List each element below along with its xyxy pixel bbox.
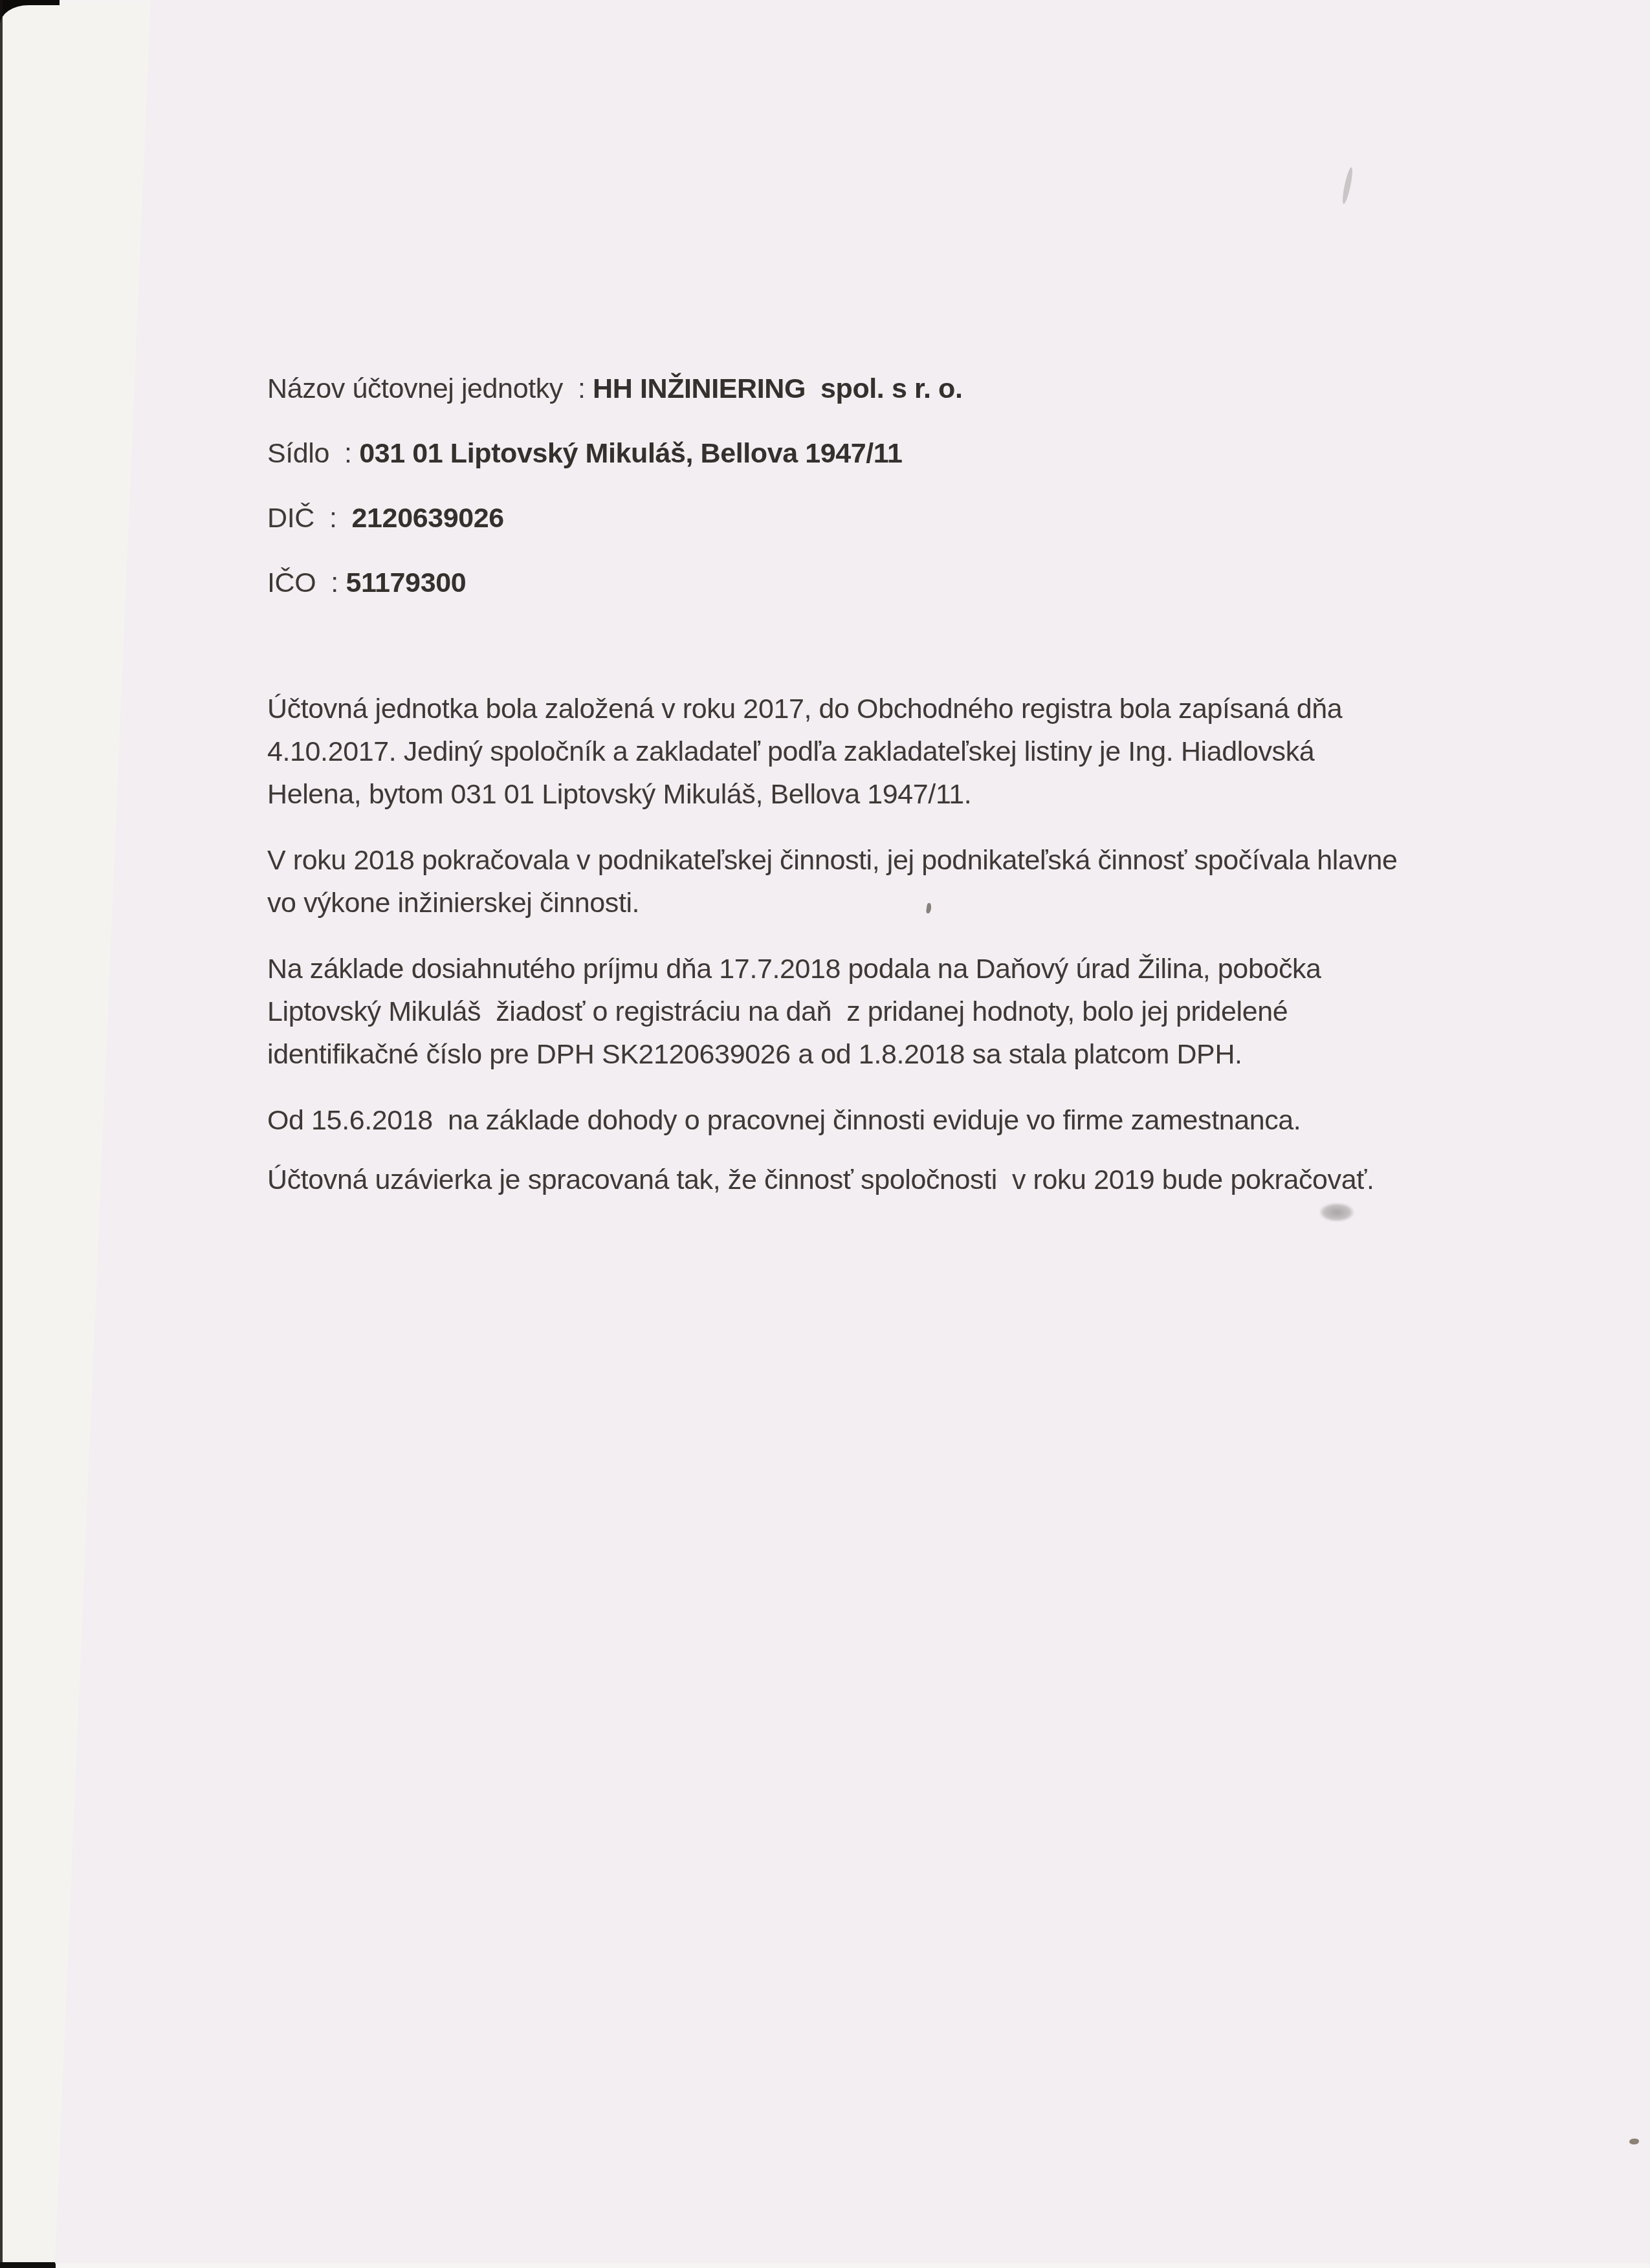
- header-row-dic: DIČ : 2120639026: [267, 486, 962, 551]
- scanned-page: Názov účtovnej jednotky : HH INŽINIERING…: [0, 0, 1650, 2268]
- report-body: Účtovná jednotka bola založená v roku 20…: [267, 688, 1594, 1201]
- header-row-address: Sídlo : 031 01 Liptovský Mikuláš, Bellov…: [267, 421, 962, 486]
- paragraph-employee: Od 15.6.2018 na základe dohody o pracovn…: [267, 1099, 1594, 1142]
- paragraph-founding: Účtovná jednotka bola založená v roku 20…: [267, 688, 1594, 816]
- header-row-ico: IČO : 51179300: [267, 551, 962, 615]
- field-label: IČO :: [267, 567, 346, 598]
- field-label: Sídlo :: [267, 438, 359, 469]
- header-row-company-name: Názov účtovnej jednotky : HH INŽINIERING…: [267, 356, 962, 421]
- field-value-ico: 51179300: [346, 567, 466, 598]
- field-label: DIČ :: [267, 503, 352, 534]
- paragraph-activity-2018: V roku 2018 pokračovala v podnikateľskej…: [267, 839, 1594, 924]
- scan-artifact-smudge: [1320, 1203, 1354, 1221]
- company-header: Názov účtovnej jednotky : HH INŽINIERING…: [267, 356, 962, 615]
- paragraph-vat-registration: Na základe dosiahnutého príjmu dňa 17.7.…: [267, 948, 1594, 1076]
- field-value-company-name: HH INŽINIERING spol. s r. o.: [593, 373, 962, 404]
- field-value-address: 031 01 Liptovský Mikuláš, Bellova 1947/1…: [359, 438, 902, 469]
- paragraph-closing-statement: Účtovná uzávierka je spracovaná tak, že …: [267, 1159, 1594, 1201]
- field-label: Názov účtovnej jednotky :: [267, 373, 593, 404]
- scan-artifact-speck: [1629, 2139, 1639, 2144]
- field-value-dic: 2120639026: [352, 503, 504, 534]
- document-content: Názov účtovnej jednotky : HH INŽINIERING…: [0, 0, 1650, 2268]
